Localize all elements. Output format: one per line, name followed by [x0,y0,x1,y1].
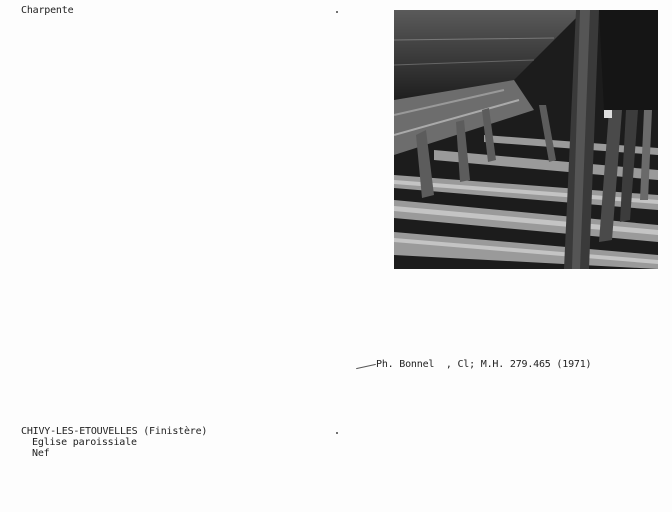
pencil-mark [356,364,376,369]
margin-dot [336,11,338,13]
roof-framework-photo [394,10,658,269]
photo-credit: Ph. Bonnel , Cl; M.H. 279.465 (1971) [376,359,591,370]
margin-dot [336,432,338,434]
location-part: Nef [32,448,49,459]
subject-label: Charpente [21,5,73,16]
location-building: Eglise paroissiale [32,437,137,448]
location-place: CHIVY-LES-ETOUVELLES (Finistère) [21,426,207,437]
